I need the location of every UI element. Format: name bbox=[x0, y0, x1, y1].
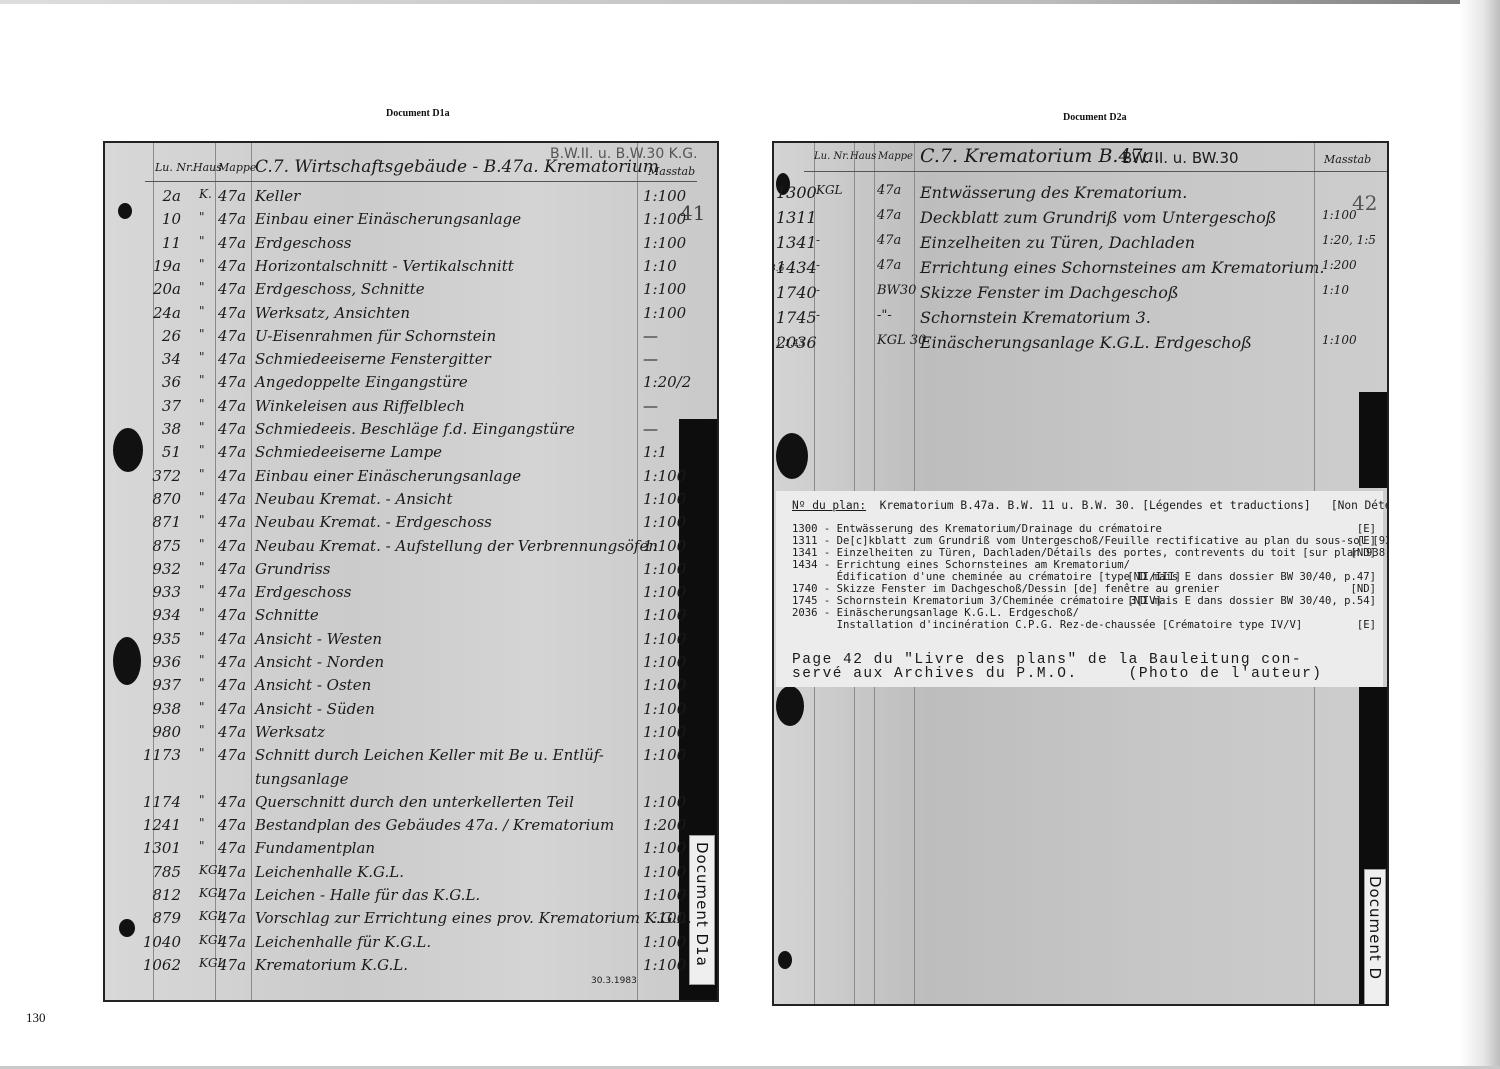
row-number: 870 bbox=[141, 490, 181, 508]
header-col-scale: Masstab bbox=[648, 165, 695, 178]
header-stamp: BW. II. u. BW.30 bbox=[1122, 149, 1239, 167]
row-haus: " bbox=[199, 560, 205, 574]
legend-item-status: [ND mais E dans dossier BW 30/40, p.47] bbox=[1127, 571, 1376, 583]
table-row: 11"47aErdgeschoss1:100 bbox=[105, 232, 717, 255]
table-row: 980"47aWerksatz1:100 bbox=[105, 721, 717, 744]
row-mappe: 47a bbox=[877, 208, 901, 223]
row-number: 372 bbox=[141, 467, 181, 485]
legend-title: Krematorium B.47a. B.W. 11 u. B.W. 30. [… bbox=[880, 499, 1311, 512]
row-haus: " bbox=[199, 420, 205, 434]
row-mappe: -"- bbox=[877, 308, 892, 323]
row-title: Horizontalschnitt - Vertikalschnitt bbox=[255, 257, 514, 275]
row-title: Werksatz bbox=[255, 723, 325, 741]
table-row: 1040KGL47aLeichenhalle für K.G.L.1:100 bbox=[105, 931, 717, 954]
legend-item: 1300 - Entwässerung des Krematorium/Drai… bbox=[792, 523, 1380, 535]
row-haus: " bbox=[199, 676, 205, 690]
table-row: 1300KGL47aEntwässerung des Krematorium. bbox=[774, 181, 1387, 204]
row-title: Schmiedeeis. Beschläge f.d. Eingangstüre bbox=[255, 420, 575, 438]
row-haus: " bbox=[199, 350, 205, 364]
table-row: 51"47aSchmiedeeiserne Lampe1:1 bbox=[105, 441, 717, 464]
row-scale: 1:20/2 bbox=[643, 373, 691, 391]
row-number: 934 bbox=[141, 606, 181, 624]
row-number: 24a bbox=[141, 304, 181, 322]
row-haus: " bbox=[199, 606, 205, 620]
row-haus: " bbox=[199, 467, 205, 481]
row-haus: " bbox=[199, 280, 205, 294]
table-row: 1745--"-Schornstein Krematorium 3. bbox=[774, 306, 1387, 329]
table-row: 875"47aNeubau Kremat. - Aufstellung der … bbox=[105, 535, 717, 558]
top-edge bbox=[0, 0, 1500, 4]
row-title: Deckblatt zum Grundriß vom Untergeschoß bbox=[920, 208, 1276, 227]
row-title: Einäscherungsanlage K.G.L. Erdgeschoß bbox=[920, 333, 1252, 352]
legend-item: 1341 - Einzelheiten zu Türen, Dachladen/… bbox=[792, 547, 1380, 559]
legend-item-text: 1300 - Entwässerung des Krematorium/Drai… bbox=[792, 523, 1162, 535]
table-row: 20a"47aErdgeschoss, Schnitte1:100 bbox=[105, 278, 717, 301]
legend-items: 1300 - Entwässerung des Krematorium/Drai… bbox=[792, 523, 1380, 631]
row-scale: 1:100 bbox=[643, 933, 686, 951]
row-title: Grundriss bbox=[255, 560, 330, 578]
row-mappe: KGL 30 bbox=[877, 333, 926, 348]
row-haus: K. bbox=[199, 187, 212, 201]
row-haus: " bbox=[199, 630, 205, 644]
row-scale: 1:100 bbox=[1322, 208, 1357, 222]
row-scale: 1:100 bbox=[643, 583, 686, 601]
table-row: 3.61434-47aErrichtung eines Schornsteine… bbox=[774, 256, 1387, 279]
header-rule bbox=[145, 181, 697, 182]
row-title: Leichen - Halle für das K.G.L. bbox=[255, 886, 480, 904]
header-col-mappe: Mappe bbox=[218, 161, 256, 174]
row-number: 875 bbox=[141, 537, 181, 555]
row-title: Schmiedeeiserne Fenstergitter bbox=[255, 350, 491, 368]
row-haus: " bbox=[199, 723, 205, 737]
table-row: 871"47aNeubau Kremat. - Erdgeschoss1:100 bbox=[105, 511, 717, 534]
document-d1a-photo: Document D1a Lu. Nr. Haus Mappe C.7. Wir… bbox=[103, 141, 719, 1002]
table-row: 1241"47aBestandplan des Gebäudes 47a. / … bbox=[105, 814, 717, 837]
row-mappe: 47a bbox=[218, 467, 246, 485]
row-scale: 1:10 bbox=[1322, 283, 1349, 297]
row-scale: 1:100 bbox=[643, 630, 686, 648]
legend-item-text: 1745 - Schornstein Krematorium 3/Cheminé… bbox=[792, 595, 1162, 607]
row-number: 935 bbox=[141, 630, 181, 648]
row-scale: 1:200 bbox=[643, 816, 686, 834]
row-scale: 1:100 bbox=[643, 956, 686, 974]
legend-item-status: [E] bbox=[1357, 523, 1376, 535]
row-title: Neubau Kremat. - Erdgeschoss bbox=[255, 513, 492, 531]
row-scale: 1:100 bbox=[643, 513, 686, 531]
legend-label: Nº du plan: bbox=[792, 499, 866, 512]
legend-item-status: [E] bbox=[1357, 535, 1376, 547]
page-number: 130 bbox=[26, 1010, 46, 1026]
row-title: Erdgeschoss bbox=[255, 583, 351, 601]
row-number: 980 bbox=[141, 723, 181, 741]
row-mappe: 47a bbox=[218, 839, 246, 857]
header-stamp: B.W.II. u. B.W.30 K.G. bbox=[550, 146, 698, 162]
row-mappe: 47a bbox=[218, 397, 246, 415]
row-haus: KGL bbox=[816, 183, 843, 197]
table-row: 131147aDeckblatt zum Grundriß vom Unterg… bbox=[774, 206, 1387, 229]
table-row: 2aK.47aKeller1:100 bbox=[105, 185, 717, 208]
header-col-nr: Lu. Nr. bbox=[155, 161, 194, 174]
punch-hole bbox=[778, 951, 792, 969]
row-number: 11 bbox=[141, 234, 181, 252]
table-row: 37"47aWinkeleisen aus Riffelblech— bbox=[105, 395, 717, 418]
legend-item-status: [ND mais E dans dossier BW 30/40, p.54] bbox=[1127, 595, 1376, 607]
row-haus: " bbox=[199, 210, 205, 224]
row-mappe: 47a bbox=[218, 723, 246, 741]
row-haus: " bbox=[199, 653, 205, 667]
row-mappe: 47a bbox=[218, 257, 246, 275]
row-scale: — bbox=[643, 397, 658, 415]
row-title: Ansicht - Westen bbox=[255, 630, 382, 648]
row-title: Bestandplan des Gebäudes 47a. / Kremator… bbox=[255, 816, 614, 834]
row-haus: " bbox=[199, 816, 205, 830]
legend-item: Installation d'incinération C.P.G. Rez-d… bbox=[792, 619, 1380, 631]
legend-item-status: [ND] bbox=[1350, 583, 1376, 595]
row-scale: 1:100 bbox=[643, 886, 686, 904]
row-scale: 1:100 bbox=[643, 234, 686, 252]
row-scale: 1:100 bbox=[643, 210, 686, 228]
header-col-haus: Haus bbox=[850, 151, 876, 162]
table-row: 34"47aSchmiedeeiserne Fenstergitter— bbox=[105, 348, 717, 371]
row-scale: 1:100 bbox=[1322, 333, 1357, 347]
table-row: 1341-47aEinzelheiten zu Türen, Dachladen… bbox=[774, 231, 1387, 254]
row-title: Entwässerung des Krematorium. bbox=[920, 183, 1187, 202]
row-title: Schmiedeeiserne Lampe bbox=[255, 443, 442, 461]
table-row: 934"47aSchnitte1:100 bbox=[105, 604, 717, 627]
row-scale: 1:100 bbox=[643, 746, 686, 764]
row-number: 1040 bbox=[141, 933, 181, 951]
row-scale: — bbox=[643, 420, 658, 438]
row-number: 34 bbox=[141, 350, 181, 368]
row-scale: 1:100 bbox=[643, 723, 686, 741]
row-mappe: BW30 bbox=[877, 283, 916, 298]
row-mappe: 47a bbox=[877, 233, 901, 248]
row-title: Querschnitt durch den unterkellerten Tei… bbox=[255, 793, 574, 811]
table-row: 785KGL47aLeichenhalle K.G.L.1:100 bbox=[105, 861, 717, 884]
table-row: 19a"47aHorizontalschnitt - Vertikalschni… bbox=[105, 255, 717, 278]
row-title: Leichenhalle für K.G.L. bbox=[255, 933, 431, 951]
row-number: 812 bbox=[141, 886, 181, 904]
row-scale: 1:100 bbox=[643, 304, 686, 322]
table-row: 1173"47aSchnitt durch Leichen Keller mit… bbox=[105, 744, 717, 767]
row-haus: - bbox=[816, 283, 820, 297]
row-mappe: 47a bbox=[218, 490, 246, 508]
row-title: Erdgeschoss bbox=[255, 234, 351, 252]
row-scale: 1:20, 1:5 bbox=[1322, 233, 1376, 247]
row-title: tungsanlage bbox=[255, 770, 348, 788]
row-title: Errichtung eines Schornsteines am Kremat… bbox=[920, 258, 1324, 277]
row-mappe: 47a bbox=[218, 304, 246, 322]
row-title: Ansicht - Osten bbox=[255, 676, 371, 694]
row-haus: " bbox=[199, 583, 205, 597]
row-number: 36 bbox=[141, 373, 181, 391]
row-scale: 1:100 bbox=[643, 653, 686, 671]
row-title: Vorschlag zur Errichtung eines prov. Kre… bbox=[255, 909, 692, 927]
row-title: Einbau einer Einäscherungsanlage bbox=[255, 467, 521, 485]
row-haus: " bbox=[199, 304, 205, 318]
legend-item-text: 1311 - De[c]kblatt zum Grundriß vom Unte… bbox=[792, 535, 1389, 547]
table-row: 10"47aEinbau einer Einäscherungsanlage1:… bbox=[105, 208, 717, 231]
table-row: 1740-BW30Skizze Fenster im Dachgeschoß1:… bbox=[774, 281, 1387, 304]
row-mappe: 47a bbox=[218, 606, 246, 624]
row-mappe: 47a bbox=[218, 420, 246, 438]
table-row: 879KGL47aVorschlag zur Errichtung eines … bbox=[105, 907, 717, 930]
row-number: 1434 bbox=[776, 258, 816, 277]
row-title: Keller bbox=[255, 187, 300, 205]
row-number: 1745 bbox=[776, 308, 816, 327]
table-row: 36"47aAngedoppelte Eingangstüre1:20/2 bbox=[105, 371, 717, 394]
row-title: Einbau einer Einäscherungsanlage bbox=[255, 210, 521, 228]
legend-item-text: Édification d'une cheminée au crématoire… bbox=[792, 571, 1181, 583]
table-row: 870"47aNeubau Kremat. - Ansicht1:100 bbox=[105, 488, 717, 511]
row-title: Fundamentplan bbox=[255, 839, 375, 857]
table-row: 372"47aEinbau einer Einäscherungsanlage1… bbox=[105, 465, 717, 488]
row-haus: " bbox=[199, 537, 205, 551]
row-mappe: 47a bbox=[218, 210, 246, 228]
row-title: Schnitt durch Leichen Keller mit Be u. E… bbox=[255, 746, 604, 764]
table-row: 812KGL47aLeichen - Halle für das K.G.L.1… bbox=[105, 884, 717, 907]
row-number: 879 bbox=[141, 909, 181, 927]
row-haus: " bbox=[199, 793, 205, 807]
row-number: 1311 bbox=[776, 208, 816, 227]
table-row: tungsanlage bbox=[105, 768, 717, 791]
table-row: 935"47aAnsicht - Westen1:100 bbox=[105, 628, 717, 651]
legend-item: Édification d'une cheminée au crématoire… bbox=[792, 571, 1380, 583]
legend-item-text: 1341 - Einzelheiten zu Türen, Dachladen/… bbox=[792, 547, 1389, 559]
row-mappe: 47a bbox=[218, 630, 246, 648]
row-scale: 1:100 bbox=[643, 839, 686, 857]
table-row: 1062KGL47aKrematorium K.G.L.1:100 bbox=[105, 954, 717, 977]
row-haus: " bbox=[199, 234, 205, 248]
table-row: 26"47aU-Eisenrahmen für Schornstein— bbox=[105, 325, 717, 348]
row-number: 938 bbox=[141, 700, 181, 718]
row-haus: " bbox=[199, 257, 205, 271]
row-title: Leichenhalle K.G.L. bbox=[255, 863, 404, 881]
row-number: 2036 bbox=[776, 333, 816, 352]
row-number: 1740 bbox=[776, 283, 816, 302]
row-scale: 1:100 bbox=[643, 467, 686, 485]
row-scale: 1:100 bbox=[643, 793, 686, 811]
row-mappe: 47a bbox=[218, 909, 246, 927]
row-haus: " bbox=[199, 327, 205, 341]
row-mappe: 47a bbox=[218, 676, 246, 694]
row-number: 1174 bbox=[141, 793, 181, 811]
row-mappe: 47a bbox=[218, 933, 246, 951]
row-mappe: 47a bbox=[218, 234, 246, 252]
row-mappe: 47a bbox=[218, 280, 246, 298]
row-number: 1341 bbox=[776, 233, 816, 252]
row-title: Ansicht - Süden bbox=[255, 700, 375, 718]
table-row: 11.1.432036KGL 30Einäscherungsanlage K.G… bbox=[774, 331, 1387, 354]
row-mappe: 47a bbox=[877, 183, 901, 198]
punch-hole bbox=[776, 686, 804, 726]
row-title: Winkeleisen aus Riffelblech bbox=[255, 397, 465, 415]
row-scale: 1:100 bbox=[643, 676, 686, 694]
table-row: 938"47aAnsicht - Süden1:100 bbox=[105, 698, 717, 721]
row-number: 2a bbox=[141, 187, 181, 205]
row-title: U-Eisenrahmen für Schornstein bbox=[255, 327, 496, 345]
row-title: Krematorium K.G.L. bbox=[255, 956, 408, 974]
row-title: Schornstein Krematorium 3. bbox=[920, 308, 1151, 327]
row-scale: 1:100 bbox=[643, 700, 686, 718]
row-mappe: 47a bbox=[218, 187, 246, 205]
row-number: 936 bbox=[141, 653, 181, 671]
table-row: 1301"47aFundamentplan1:100 bbox=[105, 837, 717, 860]
row-title: Neubau Kremat. - Aufstellung der Verbren… bbox=[255, 537, 658, 555]
row-mappe: 47a bbox=[218, 443, 246, 461]
row-title: Angedoppelte Eingangstüre bbox=[255, 373, 468, 391]
header-col-scale: Masstab bbox=[1324, 153, 1371, 166]
header-rule bbox=[804, 171, 1387, 172]
legend-item-text: 1434 - Errichtung eines Schornsteines am… bbox=[792, 559, 1130, 571]
row-scale: 1:100 bbox=[643, 537, 686, 555]
legend-item: 1311 - De[c]kblatt zum Grundriß vom Unte… bbox=[792, 535, 1380, 547]
row-number: 10 bbox=[141, 210, 181, 228]
row-number: 26 bbox=[141, 327, 181, 345]
row-haus: " bbox=[199, 443, 205, 457]
header-col-nr: Lu. Nr. bbox=[814, 151, 849, 162]
row-mappe: 47a bbox=[218, 373, 246, 391]
legend-item-text: Installation d'incinération C.P.G. Rez-d… bbox=[792, 619, 1302, 631]
row-scale: 1:100 bbox=[643, 909, 686, 927]
row-mappe: 47a bbox=[218, 816, 246, 834]
row-number: 1301 bbox=[141, 839, 181, 857]
row-mappe: 47a bbox=[218, 793, 246, 811]
row-scale: 1:100 bbox=[643, 280, 686, 298]
legend-item-status: [ND] bbox=[1350, 547, 1376, 559]
row-mappe: 47a bbox=[218, 886, 246, 904]
date-stamp: 30.3.1983 bbox=[591, 976, 637, 986]
row-number: 871 bbox=[141, 513, 181, 531]
row-title: Neubau Kremat. - Ansicht bbox=[255, 490, 453, 508]
document-d2a-photo: Document D Lu. Nr. Haus Mappe C.7. Krema… bbox=[772, 141, 1389, 1006]
row-scale: 1:200 bbox=[1322, 258, 1357, 272]
row-number: 37 bbox=[141, 397, 181, 415]
row-haus: " bbox=[199, 490, 205, 504]
row-number: 51 bbox=[141, 443, 181, 461]
row-mappe: 47a bbox=[218, 746, 246, 764]
row-title: Einzelheiten zu Türen, Dachladen bbox=[920, 233, 1195, 252]
legend-item-text: 1740 - Skizze Fenster im Dachgeschoß/Des… bbox=[792, 583, 1219, 595]
plan-legend-box: Nº du plan: Krematorium B.47a. B.W. 11 u… bbox=[776, 491, 1383, 687]
row-number: 937 bbox=[141, 676, 181, 694]
table-row: 936"47aAnsicht - Norden1:100 bbox=[105, 651, 717, 674]
header-col-mappe: Mappe bbox=[878, 151, 913, 162]
row-haus: " bbox=[199, 397, 205, 411]
table-row: 933"47aErdgeschoss1:100 bbox=[105, 581, 717, 604]
row-number: 785 bbox=[141, 863, 181, 881]
row-mappe: 47a bbox=[218, 863, 246, 881]
row-scale: 1:1 bbox=[643, 443, 667, 461]
row-haus: " bbox=[199, 513, 205, 527]
row-title: Schnitte bbox=[255, 606, 319, 624]
row-scale: 1:100 bbox=[643, 490, 686, 508]
row-haus: - bbox=[816, 258, 820, 272]
row-scale: — bbox=[643, 350, 658, 368]
book-spine-shadow bbox=[1460, 0, 1500, 1069]
side-label-d2a: Document D bbox=[1364, 869, 1386, 1006]
row-mappe: 47a bbox=[218, 700, 246, 718]
row-scale: — bbox=[643, 327, 658, 345]
row-title: Werksatz, Ansichten bbox=[255, 304, 410, 322]
row-mappe: 47a bbox=[877, 258, 901, 273]
row-number: 1062 bbox=[141, 956, 181, 974]
black-margin-strip bbox=[1359, 392, 1387, 488]
row-haus: " bbox=[199, 839, 205, 853]
row-mappe: 47a bbox=[218, 513, 246, 531]
caption-line-2: servé aux Archives du P.M.O. (Photo de l… bbox=[792, 666, 1322, 682]
row-haus: " bbox=[199, 373, 205, 387]
row-mappe: 47a bbox=[218, 560, 246, 578]
table-row: 24a"47aWerksatz, Ansichten1:100 bbox=[105, 302, 717, 325]
legend-key: [Non Détenu ou Existant] bbox=[1331, 499, 1389, 512]
row-number: 19a bbox=[141, 257, 181, 275]
row-title: Erdgeschoss, Schnitte bbox=[255, 280, 425, 298]
row-mappe: 47a bbox=[218, 583, 246, 601]
row-scale: 1:100 bbox=[643, 187, 686, 205]
row-number: 932 bbox=[141, 560, 181, 578]
table-row: 38"47aSchmiedeeis. Beschläge f.d. Eingan… bbox=[105, 418, 717, 441]
row-number: 20a bbox=[141, 280, 181, 298]
legend-item-status: [E] bbox=[1357, 619, 1376, 631]
row-scale: 1:100 bbox=[643, 863, 686, 881]
punch-hole bbox=[776, 433, 808, 479]
legend-item: 1745 - Schornstein Krematorium 3/Cheminé… bbox=[792, 595, 1380, 607]
table-row: 1174"47aQuerschnitt durch den unterkelle… bbox=[105, 791, 717, 814]
row-mappe: 47a bbox=[218, 956, 246, 974]
row-scale: 1:10 bbox=[643, 257, 677, 275]
row-number: 1300 bbox=[776, 183, 816, 202]
legend-item-text: 2036 - Einäscherungsanlage K.G.L. Erdges… bbox=[792, 607, 1079, 619]
row-number: 38 bbox=[141, 420, 181, 438]
row-haus: " bbox=[199, 700, 205, 714]
legend-item: 2036 - Einäscherungsanlage K.G.L. Erdges… bbox=[792, 607, 1380, 619]
row-mappe: 47a bbox=[218, 327, 246, 345]
row-number: 1173 bbox=[141, 746, 181, 764]
row-haus: - bbox=[816, 308, 820, 322]
row-number: 933 bbox=[141, 583, 181, 601]
photo-caption: Page 42 du "Livre des plans" de la Baule… bbox=[792, 653, 1382, 681]
legend-item: 1434 - Errichtung eines Schornsteines am… bbox=[792, 559, 1380, 571]
row-haus: " bbox=[199, 746, 205, 760]
row-title: Skizze Fenster im Dachgeschoß bbox=[920, 283, 1179, 302]
caption-document-d2a: Document D2a bbox=[1063, 112, 1127, 123]
table-row: 937"47aAnsicht - Osten1:100 bbox=[105, 674, 717, 697]
row-number: 1241 bbox=[141, 816, 181, 834]
table-row: 932"47aGrundriss1:100 bbox=[105, 558, 717, 581]
row-haus: - bbox=[816, 233, 820, 247]
row-scale: 1:100 bbox=[643, 606, 686, 624]
legend-item: 1740 - Skizze Fenster im Dachgeschoß/Des… bbox=[792, 583, 1380, 595]
row-title: Ansicht - Norden bbox=[255, 653, 384, 671]
row-mappe: 47a bbox=[218, 350, 246, 368]
row-mappe: 47a bbox=[218, 537, 246, 555]
legend-header: Nº du plan: Krematorium B.47a. B.W. 11 u… bbox=[792, 499, 1389, 512]
row-scale: 1:100 bbox=[643, 560, 686, 578]
caption-document-d1a: Document D1a bbox=[386, 108, 450, 119]
row-mappe: 47a bbox=[218, 653, 246, 671]
